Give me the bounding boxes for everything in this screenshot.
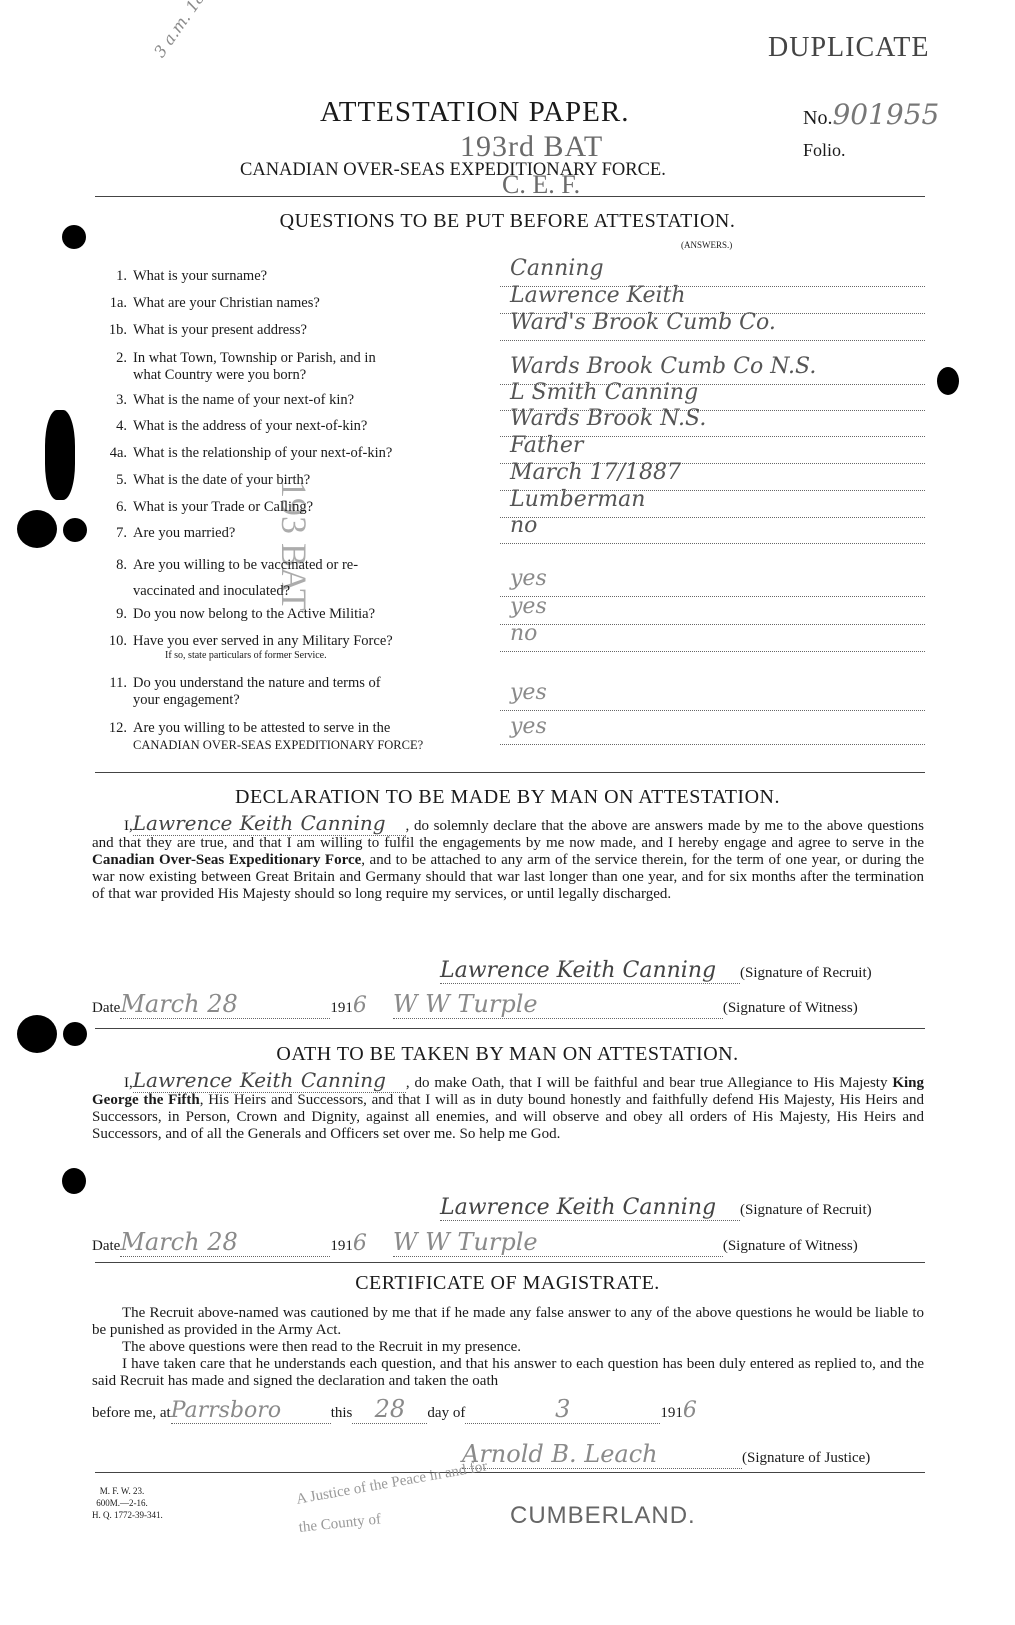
punch-hole (17, 510, 57, 548)
county-stamp: CUMBERLAND. (510, 1502, 696, 1530)
question-12: 12.Are you willing to be attested to ser… (105, 720, 490, 754)
recruit-signature: Lawrence Keith Canning (440, 1195, 740, 1221)
witness-signature: W W Turple (393, 1228, 723, 1257)
jp-stamp-line2: the County of (298, 1511, 382, 1537)
answer-2: Wards Brook Cumb Co N.S. (510, 354, 816, 379)
day-value: 28 (352, 1395, 427, 1424)
declaration-text: I,Lawrence Keith Canning, do solemnly de… (92, 815, 924, 903)
oath-text: I,Lawrence Keith Canning, do make Oath, … (92, 1072, 924, 1143)
justice-signature-row: Arnold B. Leach(Signature of Justice) (462, 1440, 870, 1469)
answer-1b: Ward's Brook Cumb Co. (510, 310, 776, 335)
margin-note: 3 a.m. 18.7.16 (150, 0, 232, 61)
question-7: 7.Are you married? (105, 525, 490, 542)
number-label: No. (803, 107, 832, 129)
answer-11: yes (510, 680, 547, 705)
question-2: 2.In what Town, Township or Parish, and … (105, 350, 490, 384)
answer-3: L Smith Canning (510, 380, 698, 405)
question-4: 4.What is the address of your next-of-ki… (105, 418, 490, 435)
place-value: Parrsboro (171, 1398, 331, 1424)
answer-4: Wards Brook N.S. (510, 406, 706, 431)
divider (95, 196, 925, 197)
question-4a: 4a.What is the relationship of your next… (105, 445, 490, 462)
folio-label: Folio. (803, 140, 846, 161)
jp-stamp-line1: A Justice of the Peace in and for (295, 1458, 489, 1508)
question-9: 9.Do you now belong to the Active Militi… (105, 606, 490, 623)
question-5: 5.What is the date of your birth? (105, 472, 490, 489)
answers-header: (ANSWERS.) (681, 240, 732, 250)
number-field: No.901955 (803, 98, 939, 131)
answer-1a: Lawrence Keith (510, 283, 686, 308)
declaration-date: March 28 (120, 990, 330, 1019)
page-title: ATTESTATION PAPER. (320, 96, 629, 129)
justice-signature: Arnold B. Leach (462, 1440, 742, 1469)
oath-date-row: DateMarch 281916W W Turple(Signature of … (92, 1228, 858, 1257)
question-6: 6.What is your Trade or Calling? (105, 499, 490, 516)
oath-name: Lawrence Keith Canning (133, 1068, 406, 1093)
magistrate-place-date-row: before me, atParrsborothis28day of31916 (92, 1395, 697, 1424)
answer-5: March 17/1887 (510, 460, 681, 485)
magistrate-para-1: The Recruit above-named was cautioned by… (92, 1305, 924, 1339)
oath-date: March 28 (120, 1228, 330, 1257)
question-3: 3.What is the name of your next-of kin? (105, 392, 490, 409)
question-1: 1.What is your surname? (105, 268, 490, 285)
magistrate-title: CERTIFICATE OF MAGISTRATE. (0, 1272, 1015, 1295)
divider (95, 772, 925, 773)
force-name: CANADIAN OVER-SEAS EXPEDITIONARY FORCE. (240, 160, 666, 181)
declaration-title: DECLARATION TO BE MADE BY MAN ON ATTESTA… (0, 786, 1015, 809)
oath-title: OATH TO BE TAKEN BY MAN ON ATTESTATION. (0, 1043, 1015, 1066)
declaration-date-row: DateMarch 281916W W Turple(Signature of … (92, 990, 858, 1019)
answer-7: no (510, 513, 537, 538)
punch-hole (62, 1168, 86, 1194)
form-code-1: M. F. W. 23. (92, 1485, 152, 1497)
form-codes: M. F. W. 23. 600M.—2-16. H. Q. 1772-39-3… (92, 1485, 152, 1521)
answer-4a: Father (510, 433, 583, 458)
battalion-stamp: 193rd BAT (460, 130, 603, 164)
punch-hole (63, 518, 87, 542)
punch-hole (937, 367, 959, 395)
answer-6: Lumberman (510, 487, 645, 512)
questions-title: QUESTIONS TO BE PUT BEFORE ATTESTATION. (0, 210, 1015, 233)
number-value: 901955 (832, 98, 939, 131)
magistrate-para-2: The above questions were then read to th… (92, 1339, 924, 1356)
divider (95, 1262, 925, 1263)
question-1b: 1b.What is your present address? (105, 322, 490, 339)
question-1a: 1a.What are your Christian names? (105, 295, 490, 312)
question-8: 8.Are you willing to be vaccinated or re… (105, 552, 490, 604)
month-value: 3 (465, 1395, 660, 1424)
question-11: 11.Do you understand the nature and term… (105, 675, 490, 709)
question-10: 10.Have you ever served in any Military … (105, 633, 490, 661)
answer-12: yes (510, 714, 547, 739)
divider (95, 1472, 925, 1473)
ink-blot (45, 410, 75, 500)
form-code-2: 600M.—2-16. (92, 1497, 152, 1509)
answer-8: yes (510, 566, 547, 591)
witness-signature: W W Turple (393, 990, 723, 1019)
form-code-3: H. Q. 1772-39-341. (92, 1509, 152, 1521)
answer-1: Canning (510, 256, 604, 281)
recruit-signature: Lawrence Keith Canning (440, 958, 740, 984)
declaration-recruit-signature-row: Lawrence Keith Canning(Signature of Recr… (440, 958, 872, 984)
magistrate-para-3: I have taken care that he understands ea… (92, 1356, 924, 1390)
answer-9: yes (510, 594, 547, 619)
answer-10: no (510, 621, 537, 646)
oath-recruit-signature-row: Lawrence Keith Canning(Signature of Recr… (440, 1195, 872, 1221)
divider (95, 1028, 925, 1029)
declaration-name: Lawrence Keith Canning (133, 811, 406, 836)
duplicate-stamp: DUPLICATE (768, 32, 929, 64)
